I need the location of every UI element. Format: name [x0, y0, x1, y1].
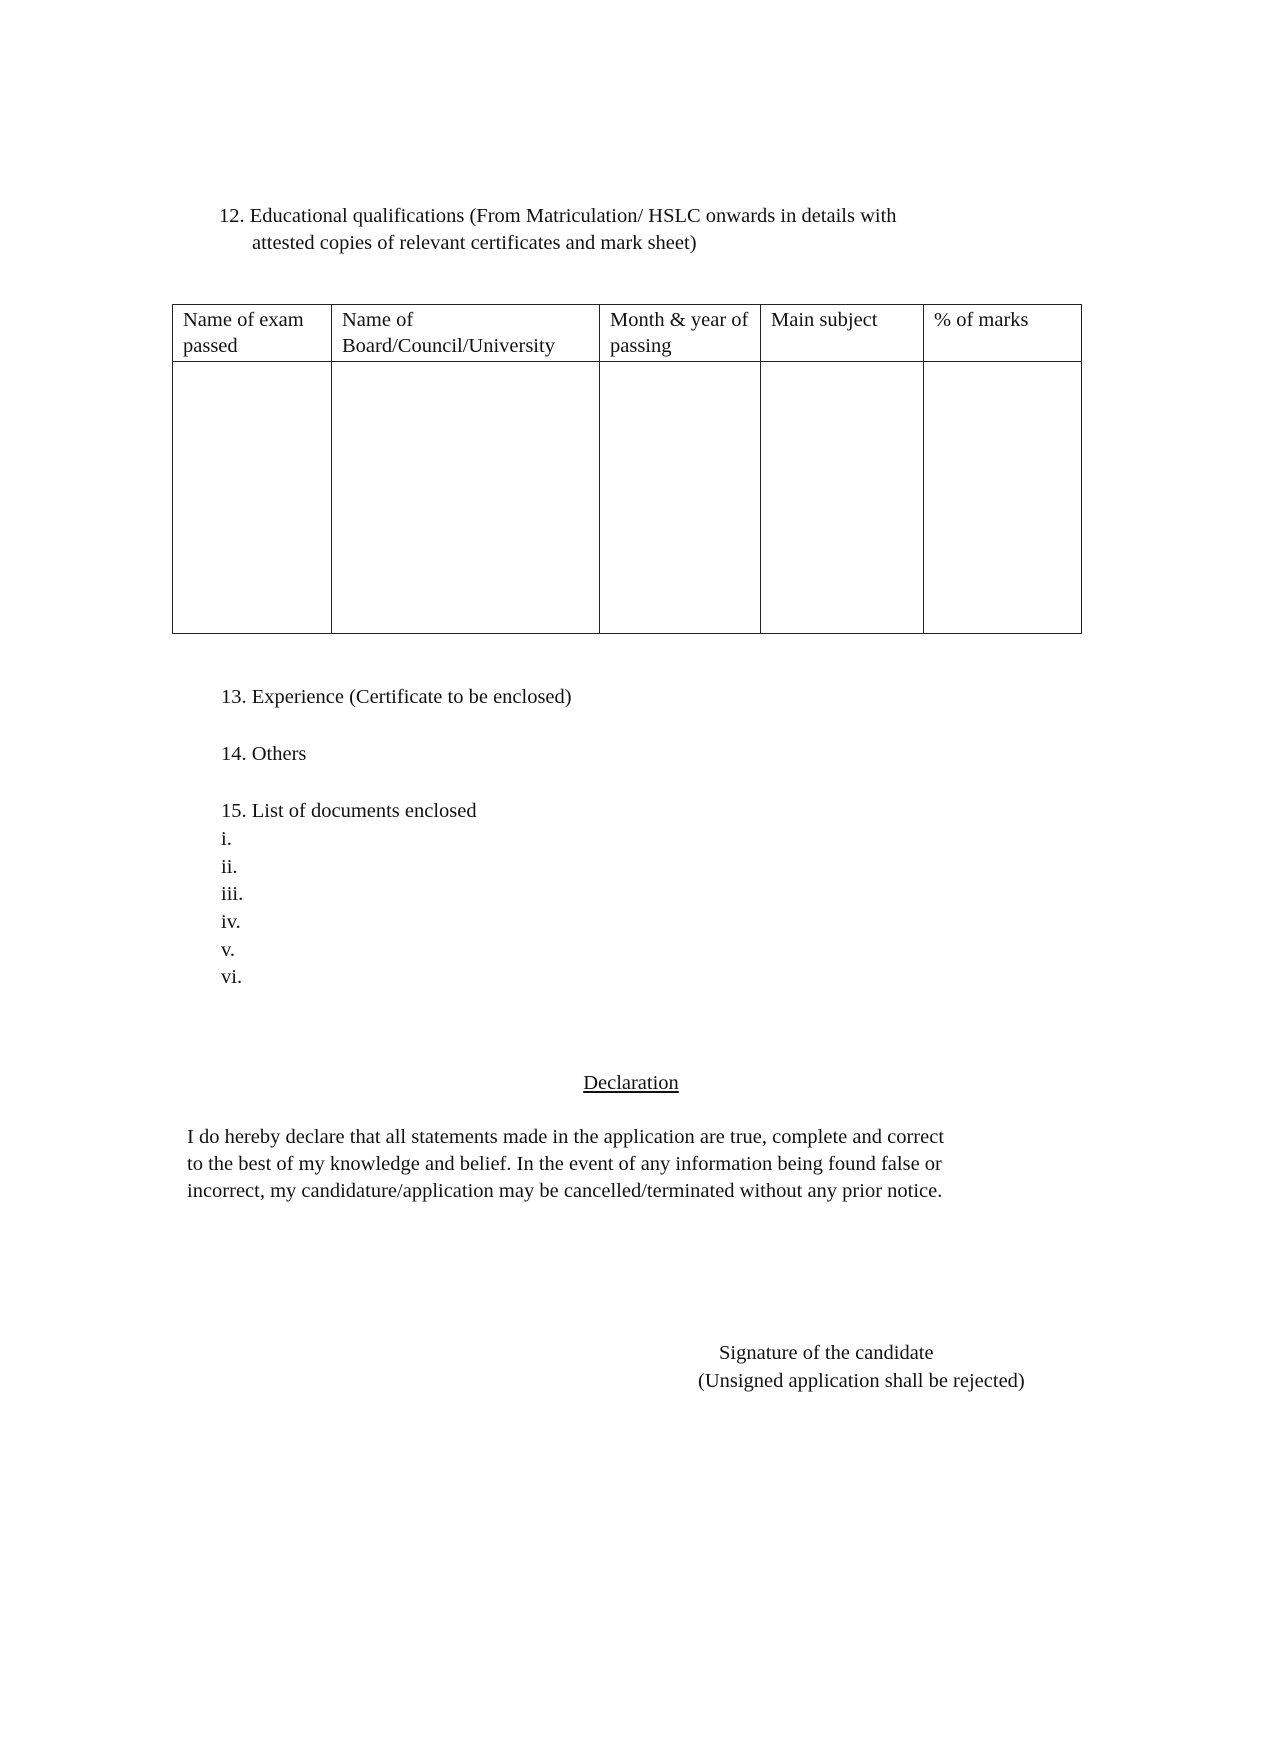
list-item: iv.: [221, 909, 243, 937]
header-exam-passed: Name of exam passed: [173, 305, 332, 362]
section-14-others: 14. Others: [221, 741, 306, 768]
declaration-line: incorrect, my candidature/application ma…: [187, 1178, 1067, 1205]
educational-qualifications-table: Name of exam passed Name of Board/Counci…: [172, 304, 1082, 634]
declaration-text: I do hereby declare that all statements …: [187, 1124, 1067, 1205]
list-item: i.: [221, 826, 243, 854]
section-15-documents-title: 15. List of documents enclosed: [221, 798, 477, 825]
section-12-line-1: 12. Educational qualifications (From Mat…: [219, 205, 897, 227]
header-percent-marks: % of marks: [924, 305, 1082, 362]
signature-note: (Unsigned application shall be rejected): [698, 1368, 1025, 1395]
section-12-heading: 12. Educational qualifications (From Mat…: [219, 203, 897, 257]
list-item: ii.: [221, 854, 243, 882]
cell-exam-passed[interactable]: [173, 362, 332, 634]
signature-label: Signature of the candidate: [719, 1340, 934, 1367]
list-item: v.: [221, 937, 243, 965]
declaration-line: to the best of my knowledge and belief. …: [187, 1151, 1067, 1178]
table-row: [173, 362, 1082, 634]
cell-percent-marks[interactable]: [924, 362, 1082, 634]
section-12-line-2: attested copies of relevant certificates…: [219, 230, 897, 257]
cell-month-year[interactable]: [600, 362, 761, 634]
section-13-experience: 13. Experience (Certificate to be enclos…: [221, 684, 572, 711]
cell-main-subject[interactable]: [761, 362, 924, 634]
list-item: iii.: [221, 881, 243, 909]
header-main-subject: Main subject: [761, 305, 924, 362]
header-board-university: Name of Board/Council/University: [332, 305, 600, 362]
header-month-year: Month & year of passing: [600, 305, 761, 362]
declaration-line: I do hereby declare that all statements …: [187, 1124, 1067, 1151]
table-header-row: Name of exam passed Name of Board/Counci…: [173, 305, 1082, 362]
declaration-title: Declaration: [0, 1070, 1262, 1097]
documents-list: i. ii. iii. iv. v. vi.: [221, 826, 243, 992]
cell-board-university[interactable]: [332, 362, 600, 634]
list-item: vi.: [221, 964, 243, 992]
